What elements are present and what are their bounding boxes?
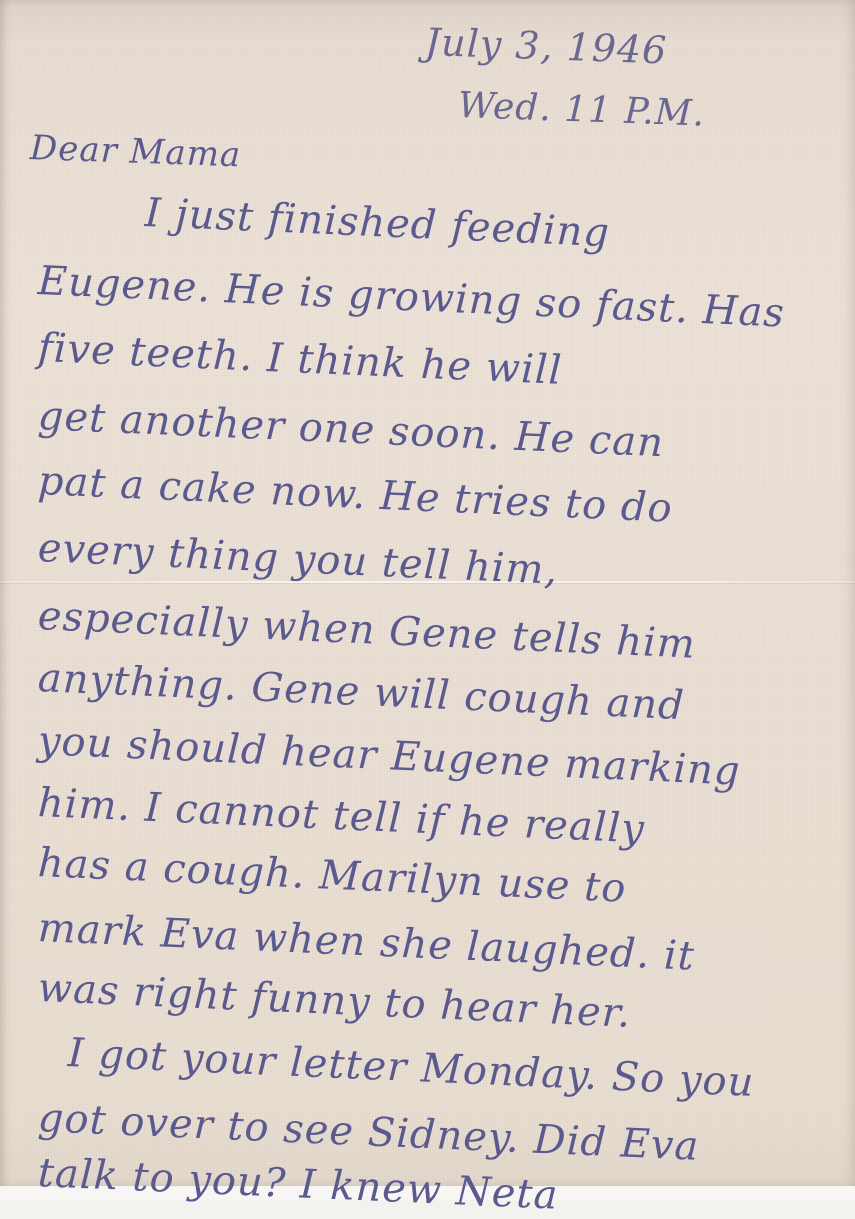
letter-day-time: Wed. 11 P.M. (457, 85, 706, 135)
salutation: Dear Mama (29, 128, 242, 175)
letter-date: July 3, 1946 (424, 20, 668, 72)
